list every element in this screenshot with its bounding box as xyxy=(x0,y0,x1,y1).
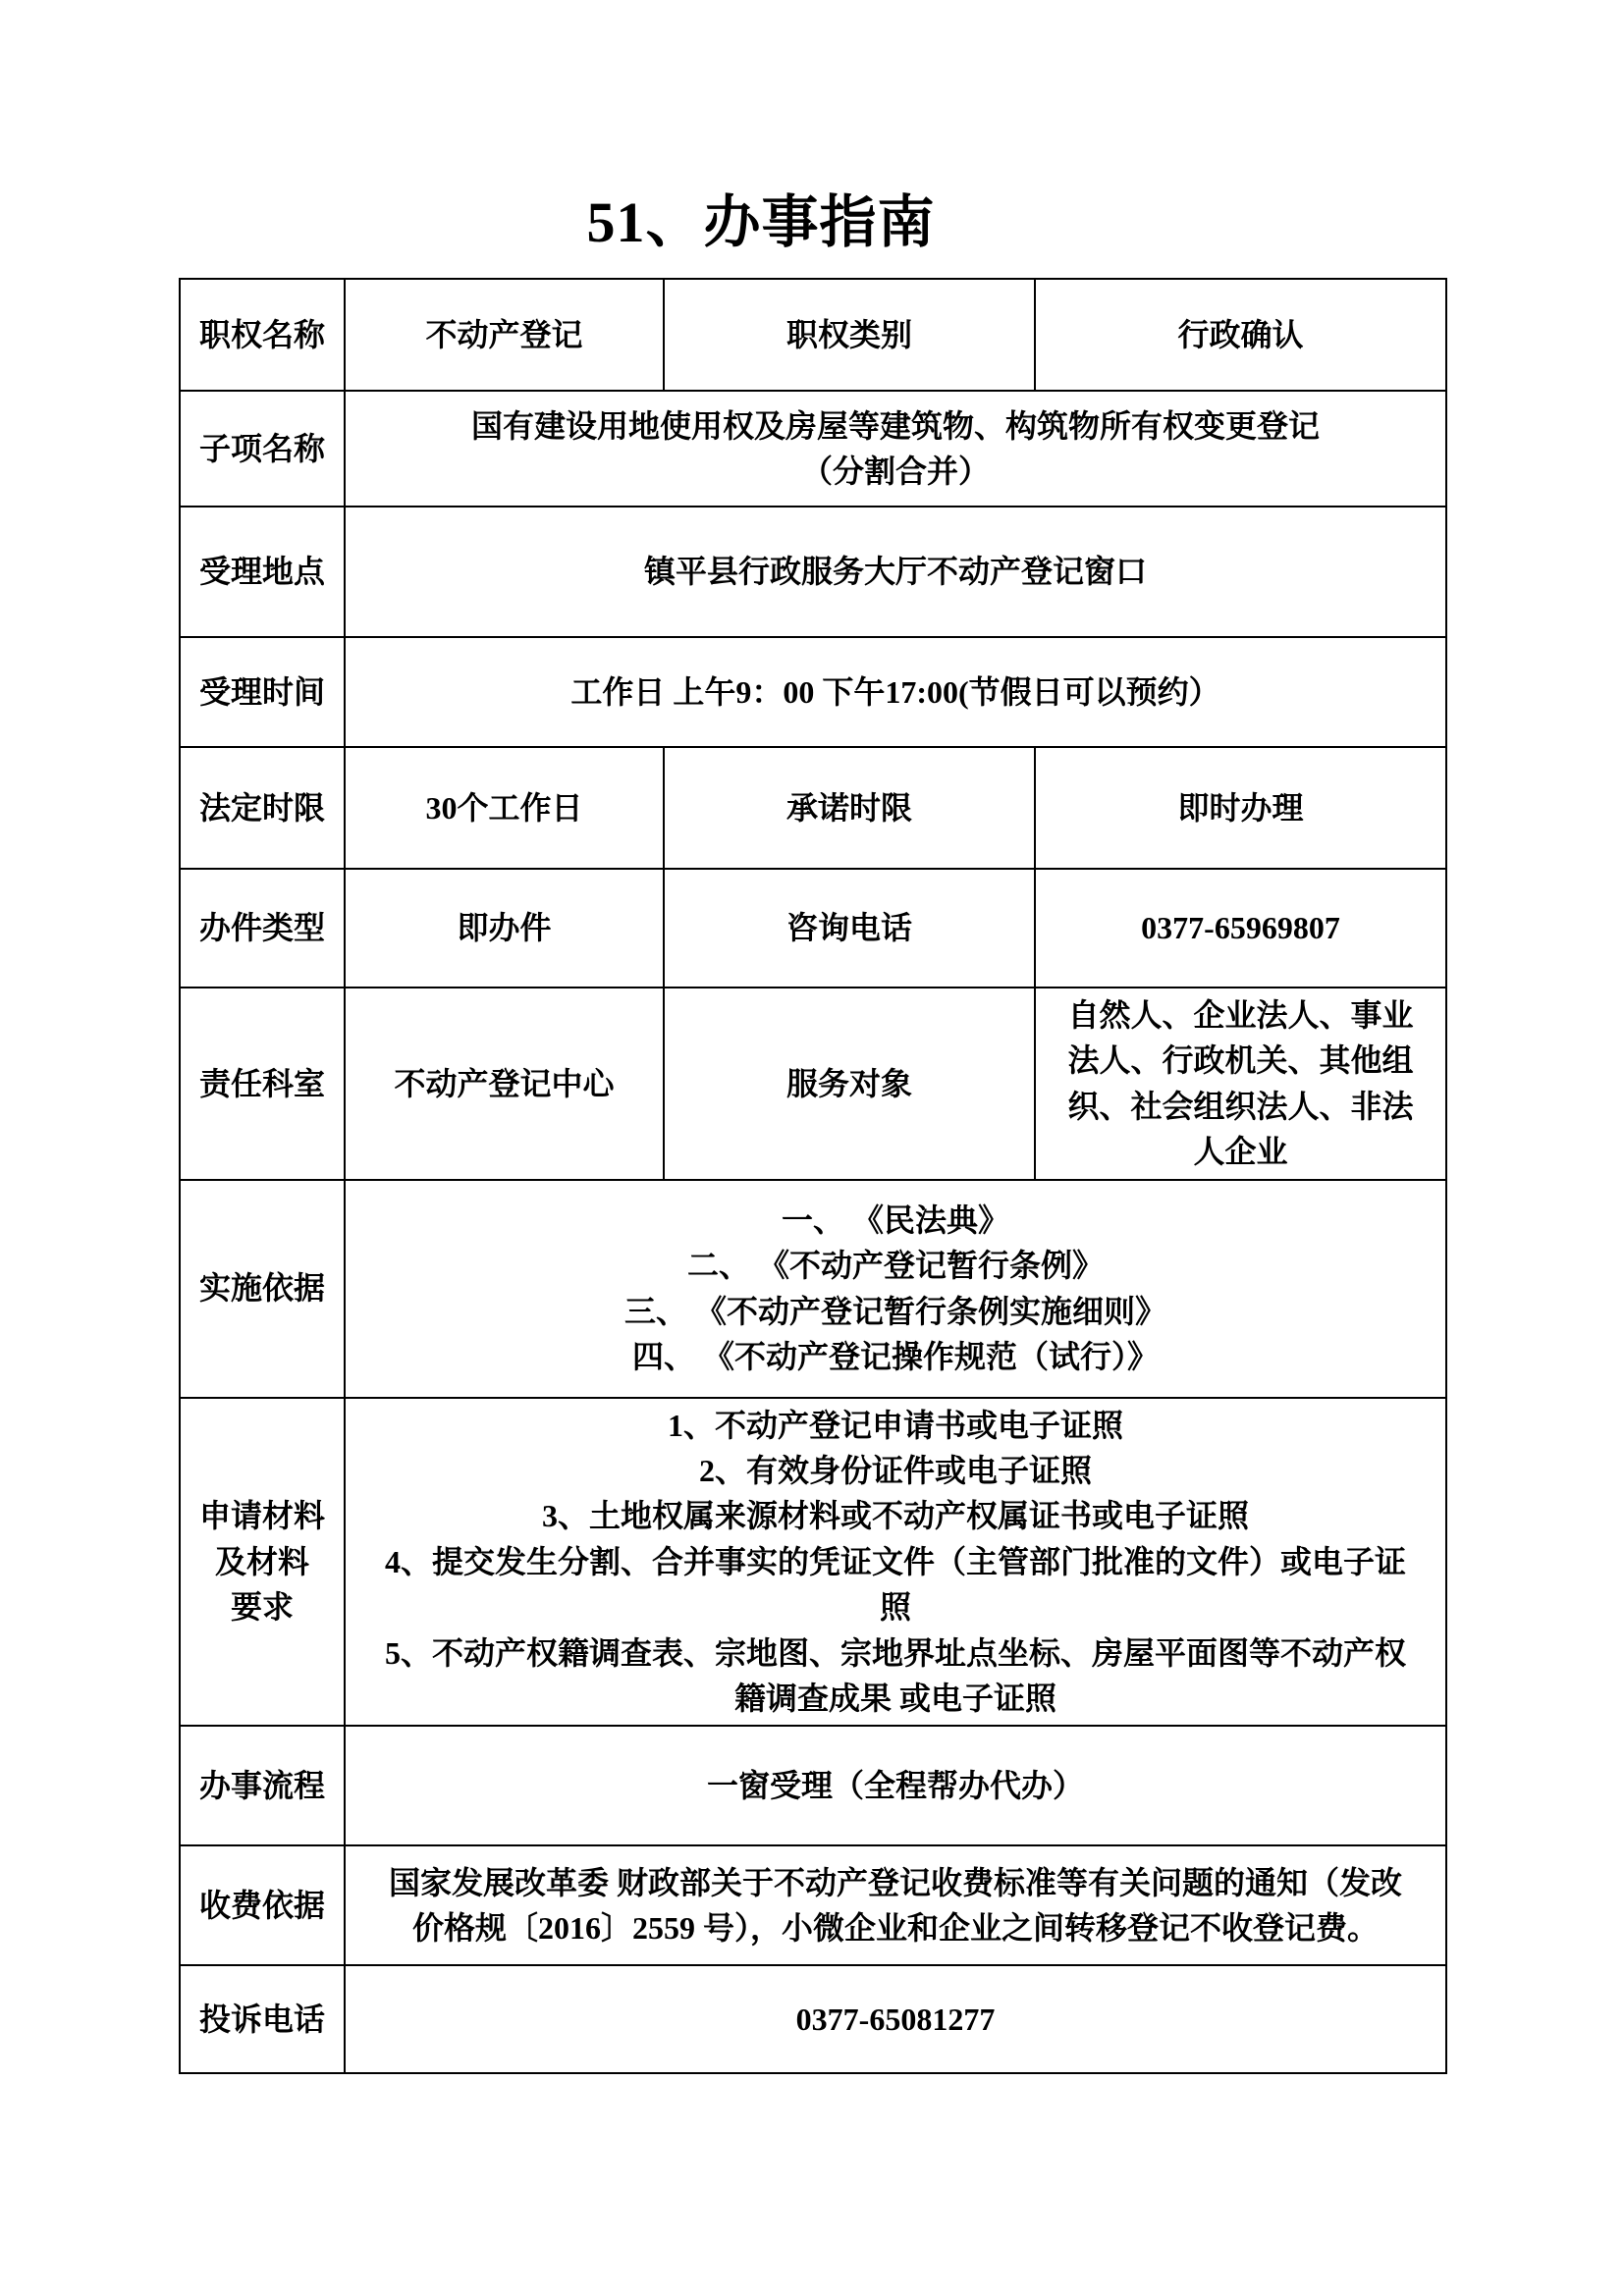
label-statutory-limit: 法定时限 xyxy=(180,747,345,869)
label-promised-limit: 承诺时限 xyxy=(664,747,1035,869)
value-responsible-dept: 不动产登记中心 xyxy=(345,988,664,1180)
table-row: 投诉电话 0377-65081277 xyxy=(180,1965,1446,2073)
value-item-type: 即办件 xyxy=(345,869,664,988)
document-page: 51、办事指南 职权名称 不动产登记 职权类别 行政确认 子项名称 国有建设用地… xyxy=(0,0,1624,2296)
value-power-name: 不动产登记 xyxy=(345,279,664,391)
value-complaint-phone: 0377-65081277 xyxy=(345,1965,1446,2073)
table-row: 办事流程 一窗受理（全程帮办代办） xyxy=(180,1726,1446,1845)
page-title: 51、办事指南 xyxy=(128,191,1394,254)
value-implementation-basis: 一、 《民法典》 二、 《不动产登记暂行条例》 三、 《不动产登记暂行条例实施细… xyxy=(345,1180,1446,1398)
table-row: 职权名称 不动产登记 职权类别 行政确认 xyxy=(180,279,1446,391)
label-subitem-name: 子项名称 xyxy=(180,391,345,507)
label-power-type: 职权类别 xyxy=(664,279,1035,391)
label-application-materials: 申请材料 及材料 要求 xyxy=(180,1398,345,1727)
value-consult-phone: 0377-65969807 xyxy=(1035,869,1446,988)
label-accept-time: 受理时间 xyxy=(180,637,345,747)
label-accept-location: 受理地点 xyxy=(180,507,345,637)
label-work-process: 办事流程 xyxy=(180,1726,345,1845)
label-power-name: 职权名称 xyxy=(180,279,345,391)
table-row: 受理时间 工作日 上午9：00 下午17:00(节假日可以预约） xyxy=(180,637,1446,747)
value-accept-location: 镇平县行政服务大厅不动产登记窗口 xyxy=(345,507,1446,637)
table-row: 收费依据 国家发展改革委 财政部关于不动产登记收费标准等有关问题的通知（发改 价… xyxy=(180,1845,1446,1965)
label-service-target: 服务对象 xyxy=(664,988,1035,1180)
value-power-type: 行政确认 xyxy=(1035,279,1446,391)
service-guide-table: 职权名称 不动产登记 职权类别 行政确认 子项名称 国有建设用地使用权及房屋等建… xyxy=(179,278,1447,2074)
value-statutory-limit: 30个工作日 xyxy=(345,747,664,869)
table-row: 申请材料 及材料 要求 1、不动产登记申请书或电子证照 2、有效身份证件或电子证… xyxy=(180,1398,1446,1727)
table-row: 责任科室 不动产登记中心 服务对象 自然人、企业法人、事业 法人、行政机关、其他… xyxy=(180,988,1446,1180)
value-service-target: 自然人、企业法人、事业 法人、行政机关、其他组 织、社会组织法人、非法 人企业 xyxy=(1035,988,1446,1180)
label-consult-phone: 咨询电话 xyxy=(664,869,1035,988)
label-complaint-phone: 投诉电话 xyxy=(180,1965,345,2073)
value-application-materials: 1、不动产登记申请书或电子证照 2、有效身份证件或电子证照 3、土地权属来源材料… xyxy=(345,1398,1446,1727)
table-row: 子项名称 国有建设用地使用权及房屋等建筑物、构筑物所有权变更登记 （分割合并） xyxy=(180,391,1446,507)
label-responsible-dept: 责任科室 xyxy=(180,988,345,1180)
value-fee-basis: 国家发展改革委 财政部关于不动产登记收费标准等有关问题的通知（发改 价格规〔20… xyxy=(345,1845,1446,1965)
label-item-type: 办件类型 xyxy=(180,869,345,988)
value-subitem-name: 国有建设用地使用权及房屋等建筑物、构筑物所有权变更登记 （分割合并） xyxy=(345,391,1446,507)
table-row: 法定时限 30个工作日 承诺时限 即时办理 xyxy=(180,747,1446,869)
value-accept-time: 工作日 上午9：00 下午17:00(节假日可以预约） xyxy=(345,637,1446,747)
table-row: 受理地点 镇平县行政服务大厅不动产登记窗口 xyxy=(180,507,1446,637)
value-promised-limit: 即时办理 xyxy=(1035,747,1446,869)
value-work-process: 一窗受理（全程帮办代办） xyxy=(345,1726,1446,1845)
label-implementation-basis: 实施依据 xyxy=(180,1180,345,1398)
table-row: 实施依据 一、 《民法典》 二、 《不动产登记暂行条例》 三、 《不动产登记暂行… xyxy=(180,1180,1446,1398)
label-fee-basis: 收费依据 xyxy=(180,1845,345,1965)
table-row: 办件类型 即办件 咨询电话 0377-65969807 xyxy=(180,869,1446,988)
